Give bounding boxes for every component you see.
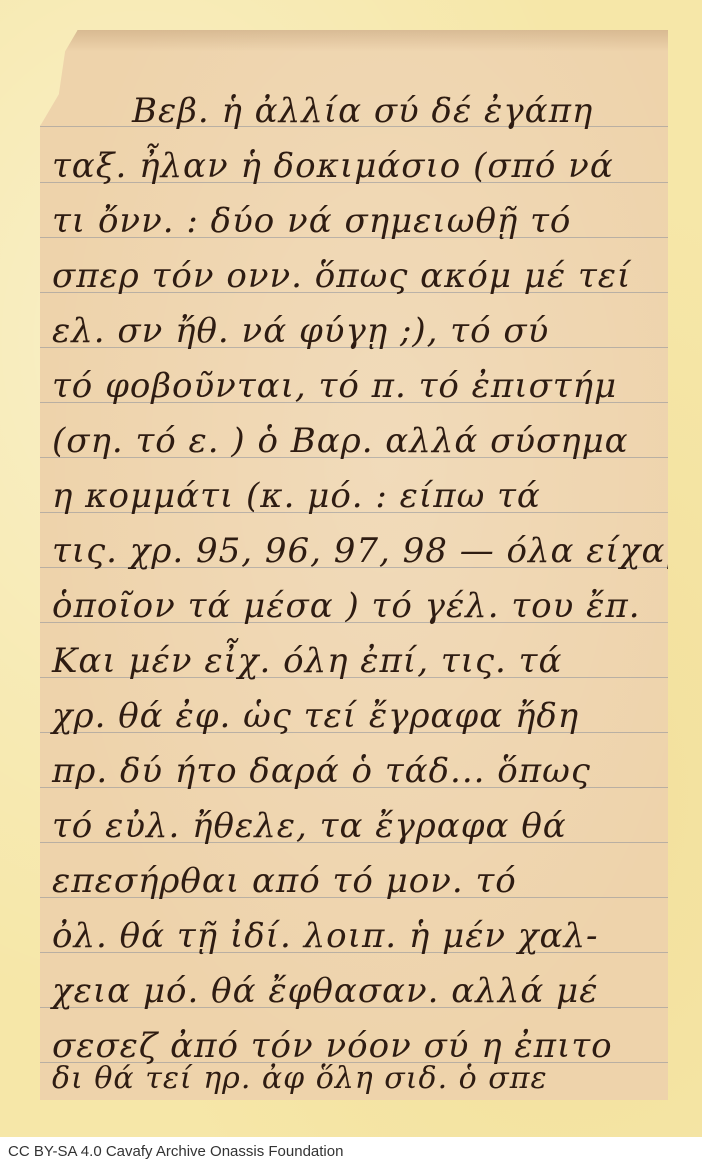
manuscript-line-14: τό εὐλ. ἤθελε, τα ἔγραφα θά (52, 809, 648, 843)
manuscript-line-13: πρ. δύ ήτο δαρά ὁ τάδ... ὅπως (52, 754, 648, 788)
manuscript-line-8: η κομμάτι (κ. μό. : είπω τά (52, 479, 648, 513)
manuscript-line-10: ὁποῖον τά μέσα ) τό γέλ. του ἔπ. (52, 589, 648, 623)
manuscript-line-6: τό φοβοῦνται, τό π. τό ἐπιστήμ (52, 369, 648, 403)
manuscript-line-9: τις. χρ. 95, 96, 97, 98 — όλα είχαμεν (52, 534, 648, 568)
manuscript-sheet: Βεβ. ἡ ἀλλία σύ δέ ἐγάπη ταξ. ἦλαν ἡ δοκ… (40, 30, 668, 1100)
manuscript-line-18: σεσεζ ἀπό τόν νόον σύ η ἐπιτο (52, 1029, 648, 1063)
manuscript-line-19: δι θά τεί ηρ. ἀφ ὅλη σιδ. ὁ σπε (52, 1064, 648, 1094)
manuscript-line-3: τι ὄνν. : δύο νά σημειωθῇ τό (52, 204, 648, 238)
manuscript-line-16: ὀλ. θά τῇ ἰδί. λοιπ. ἡ μέν χαλ- (52, 919, 648, 953)
manuscript-line-12: χρ. θά ἐφ. ὡς τεί ἔγραφα ἤδη (52, 699, 648, 733)
manuscript-line-17: χεια μό. θά ἔφθασαν. αλλά μέ (52, 974, 648, 1008)
manuscript-line-7: (ση. τό ε. ) ὁ Βαρ. αλλά σύσημα (52, 424, 648, 458)
manuscript-line-4: σπερ τόν ονν. ὅπως ακόμ μέ τεί (52, 259, 648, 293)
manuscript-line-15: επεσήρθαι από τό μον. τό (52, 864, 648, 898)
manuscript-line-2: ταξ. ἦλαν ἡ δοκιμάσιο (σπό νά (52, 149, 648, 183)
manuscript-line-1: Βεβ. ἡ ἀλλία σύ δέ ἐγάπη (132, 94, 648, 128)
manuscript-line-11: Και μέν εἶχ. όλη ἐπί, τις. τά (52, 644, 648, 678)
manuscript-line-5: ελ. σν ἤθ. νά φύγῃ ;), τό σύ (52, 314, 648, 348)
license-caption: CC BY-SA 4.0 Cavafy Archive Onassis Foun… (8, 1143, 343, 1160)
